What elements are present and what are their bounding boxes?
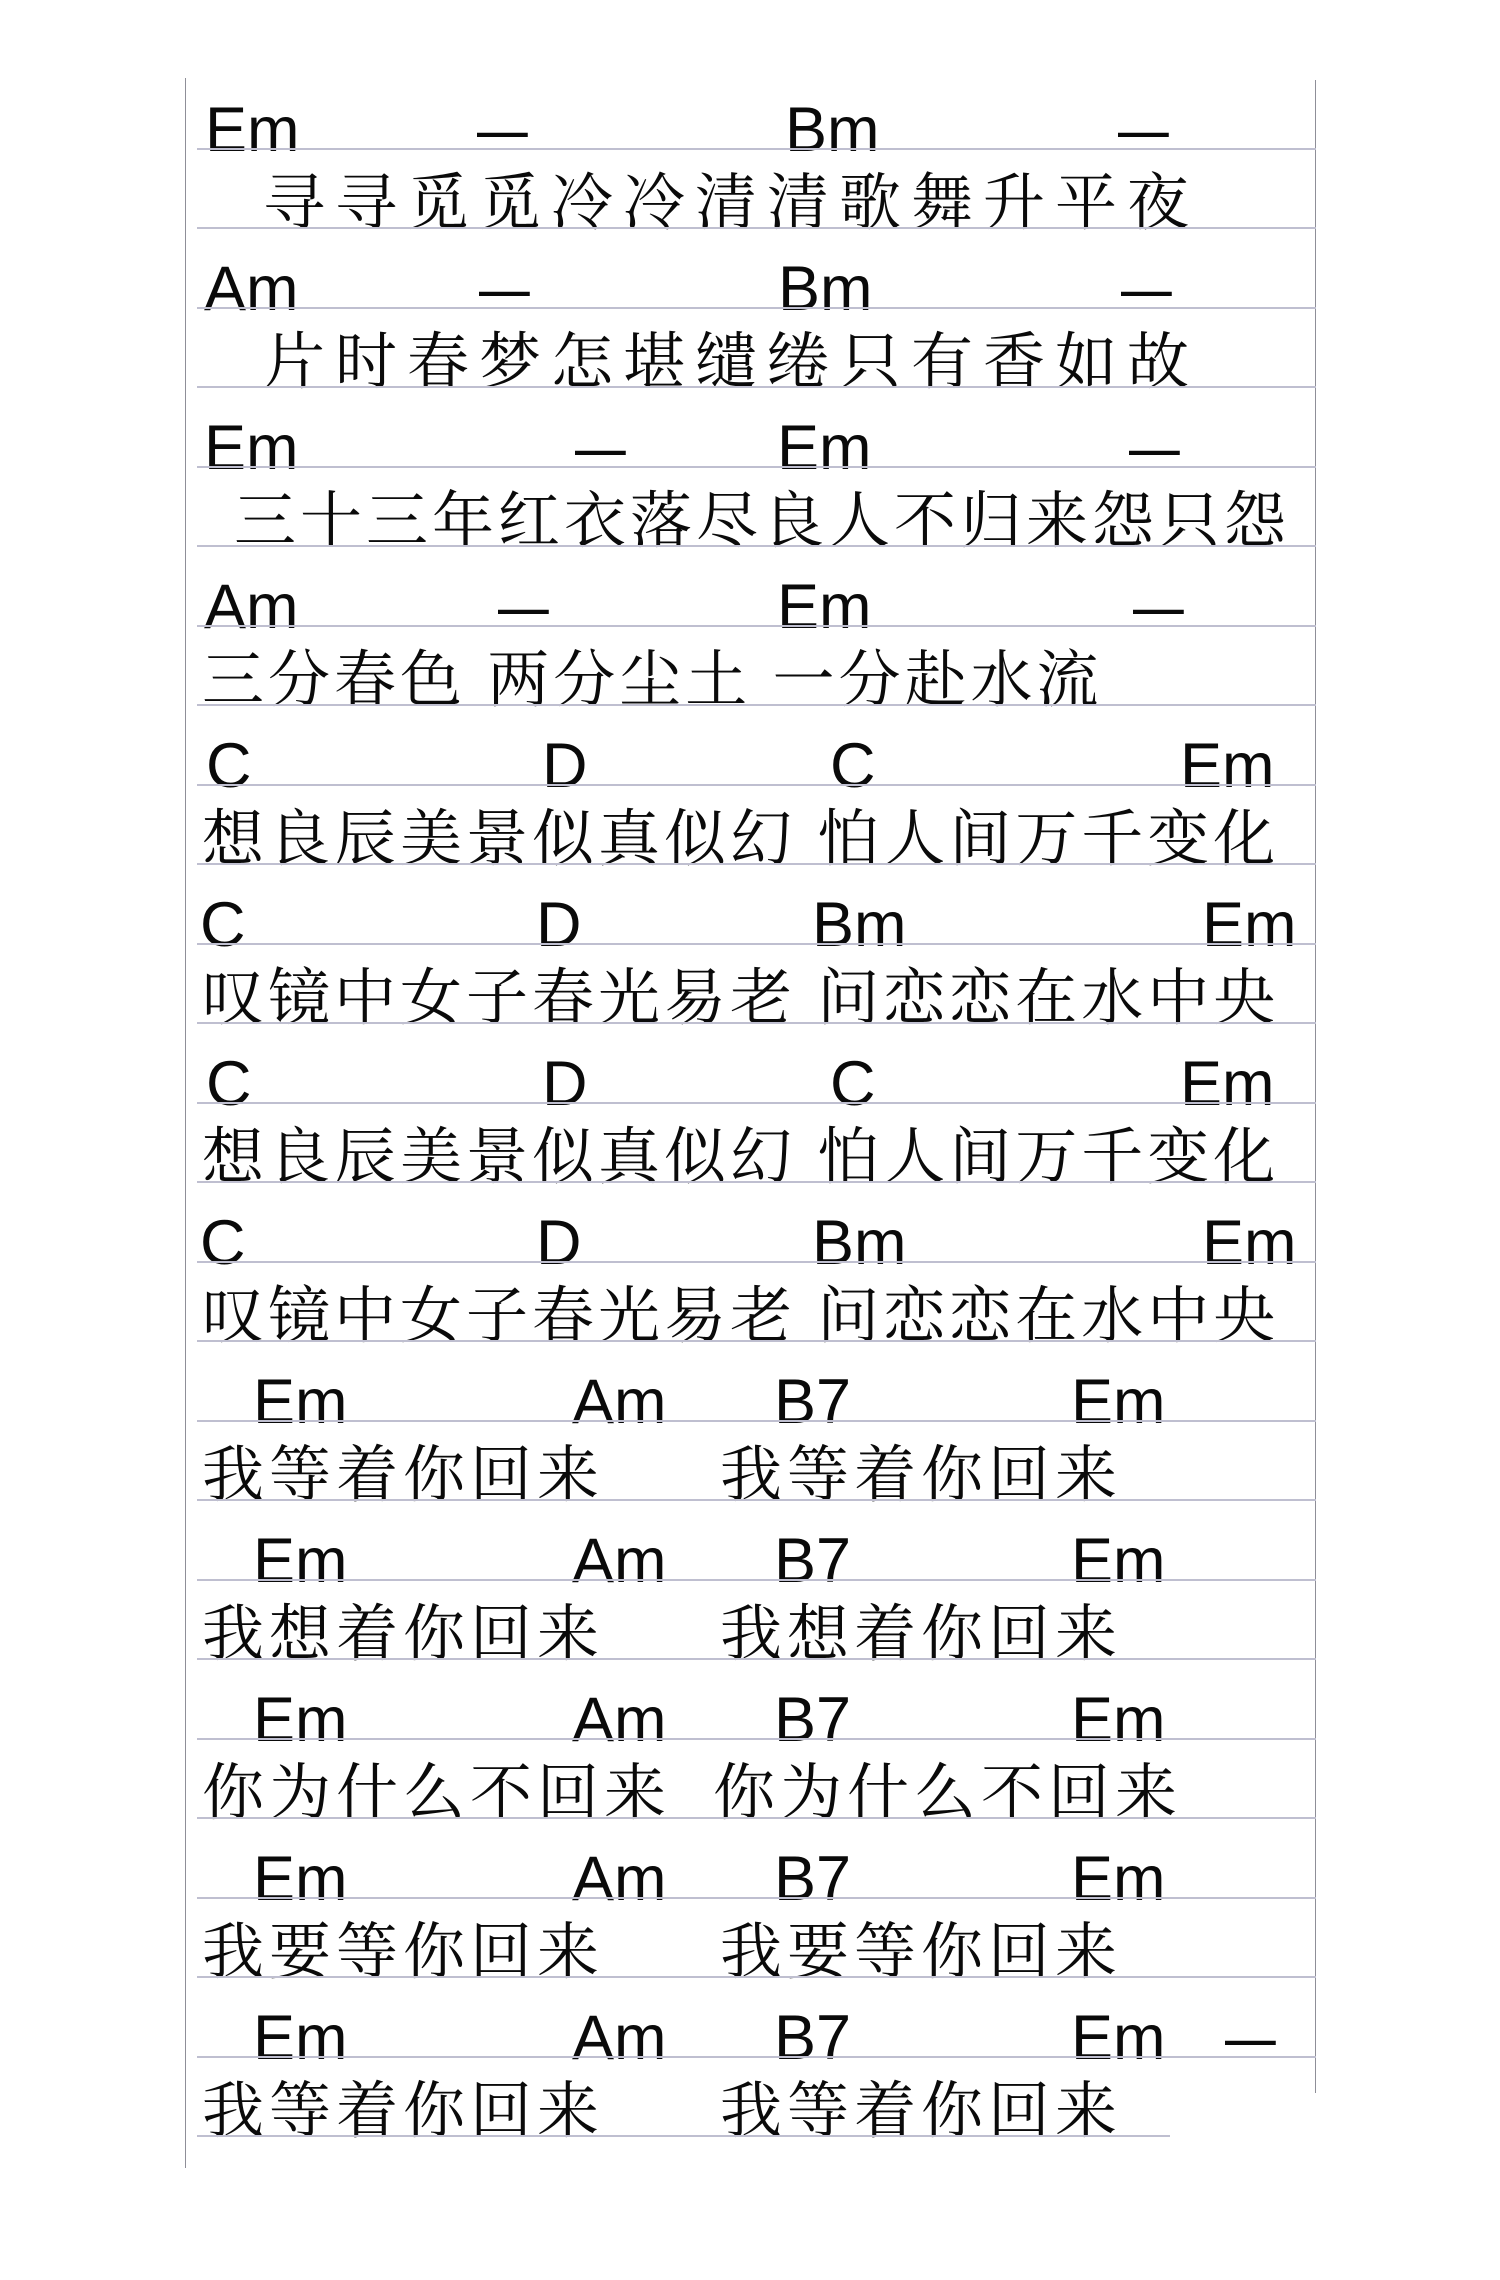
lyric-text: 三分春色 两分尘土 一分赴水流 bbox=[202, 650, 1102, 712]
lyric-text: 我等着你回来 bbox=[720, 1445, 1122, 1507]
chord-row: Am–Bm– bbox=[0, 229, 1500, 309]
rule-line bbox=[197, 2135, 1170, 2137]
lyric-row: 我等着你回来我等着你回来 bbox=[0, 1422, 1500, 1502]
lyric-row: 三十三年红衣落尽良人不归来怨只怨 bbox=[0, 468, 1500, 548]
lyric-row: 想良辰美景似真似幻 怕人间万千变化 bbox=[0, 786, 1500, 866]
lyric-row: 叹镜中女子春光易老 问恋恋在水中央 bbox=[0, 945, 1500, 1025]
chord-row: CDCEm bbox=[0, 706, 1500, 786]
lyric-row: 叹镜中女子春光易老 问恋恋在水中央 bbox=[0, 1263, 1500, 1343]
lyric-text: 我等着你回来 bbox=[202, 2081, 604, 2143]
lyric-text: 我要等你回来 bbox=[202, 1922, 604, 1984]
lyric-row: 你为什么不回来你为什么不回来 bbox=[0, 1740, 1500, 1820]
lyric-text: 我等着你回来 bbox=[720, 2081, 1122, 2143]
lyric-row: 想良辰美景似真似幻 怕人间万千变化 bbox=[0, 1104, 1500, 1184]
lyric-text: 我想着你回来 bbox=[720, 1604, 1122, 1666]
lyric-text: 叹镜中女子春光易老 问恋恋在水中央 bbox=[202, 1286, 1279, 1348]
chord-row: CDCEm bbox=[0, 1024, 1500, 1104]
lyric-row: 我想着你回来我想着你回来 bbox=[0, 1581, 1500, 1661]
chord-row: Em–Bm– bbox=[0, 70, 1500, 150]
lyric-text: 叹镜中女子春光易老 问恋恋在水中央 bbox=[202, 968, 1279, 1030]
chord-row: Am–Em– bbox=[0, 547, 1500, 627]
chord-row: CDBmEm bbox=[0, 1183, 1500, 1263]
lyric-text: 我等着你回来 bbox=[202, 1445, 604, 1507]
lyric-row: 三分春色 两分尘土 一分赴水流 bbox=[0, 627, 1500, 707]
lyric-row: 片时春梦怎堪缱绻只有香如故 bbox=[0, 309, 1500, 389]
chord-row: Em–Em– bbox=[0, 388, 1500, 468]
chord-row: EmAmB7Em bbox=[0, 1660, 1500, 1740]
lyric-text: 你为什么不回来 bbox=[713, 1763, 1182, 1825]
lyric-row: 寻寻觅觅冷冷清清歌舞升平夜 bbox=[0, 150, 1500, 230]
lyric-text: 寻寻觅觅冷冷清清歌舞升平夜 bbox=[263, 173, 1199, 235]
chord-row: EmAmB7Em bbox=[0, 1501, 1500, 1581]
lyric-text: 你为什么不回来 bbox=[202, 1763, 671, 1825]
chord-row: CDBmEm bbox=[0, 865, 1500, 945]
chord-row: EmAmB7Em bbox=[0, 1342, 1500, 1422]
chord-row: EmAmB7Em– bbox=[0, 1978, 1500, 2058]
lyric-text: 我想着你回来 bbox=[202, 1604, 604, 1666]
chord-row: EmAmB7Em bbox=[0, 1819, 1500, 1899]
lyric-text: 我要等你回来 bbox=[720, 1922, 1122, 1984]
lyric-text: 想良辰美景似真似幻 怕人间万千变化 bbox=[202, 809, 1279, 871]
lyric-text: 三十三年红衣落尽良人不归来怨只怨 bbox=[234, 491, 1290, 553]
lyric-text: 想良辰美景似真似幻 怕人间万千变化 bbox=[202, 1127, 1279, 1189]
lyric-text: 片时春梦怎堪缱绻只有香如故 bbox=[263, 332, 1199, 394]
chord-lyric-sheet: Em–Bm–寻寻觅觅冷冷清清歌舞升平夜Am–Bm–片时春梦怎堪缱绻只有香如故Em… bbox=[0, 0, 1500, 2280]
lyric-row: 我等着你回来我等着你回来 bbox=[0, 2058, 1500, 2138]
lyric-row: 我要等你回来我要等你回来 bbox=[0, 1899, 1500, 1979]
